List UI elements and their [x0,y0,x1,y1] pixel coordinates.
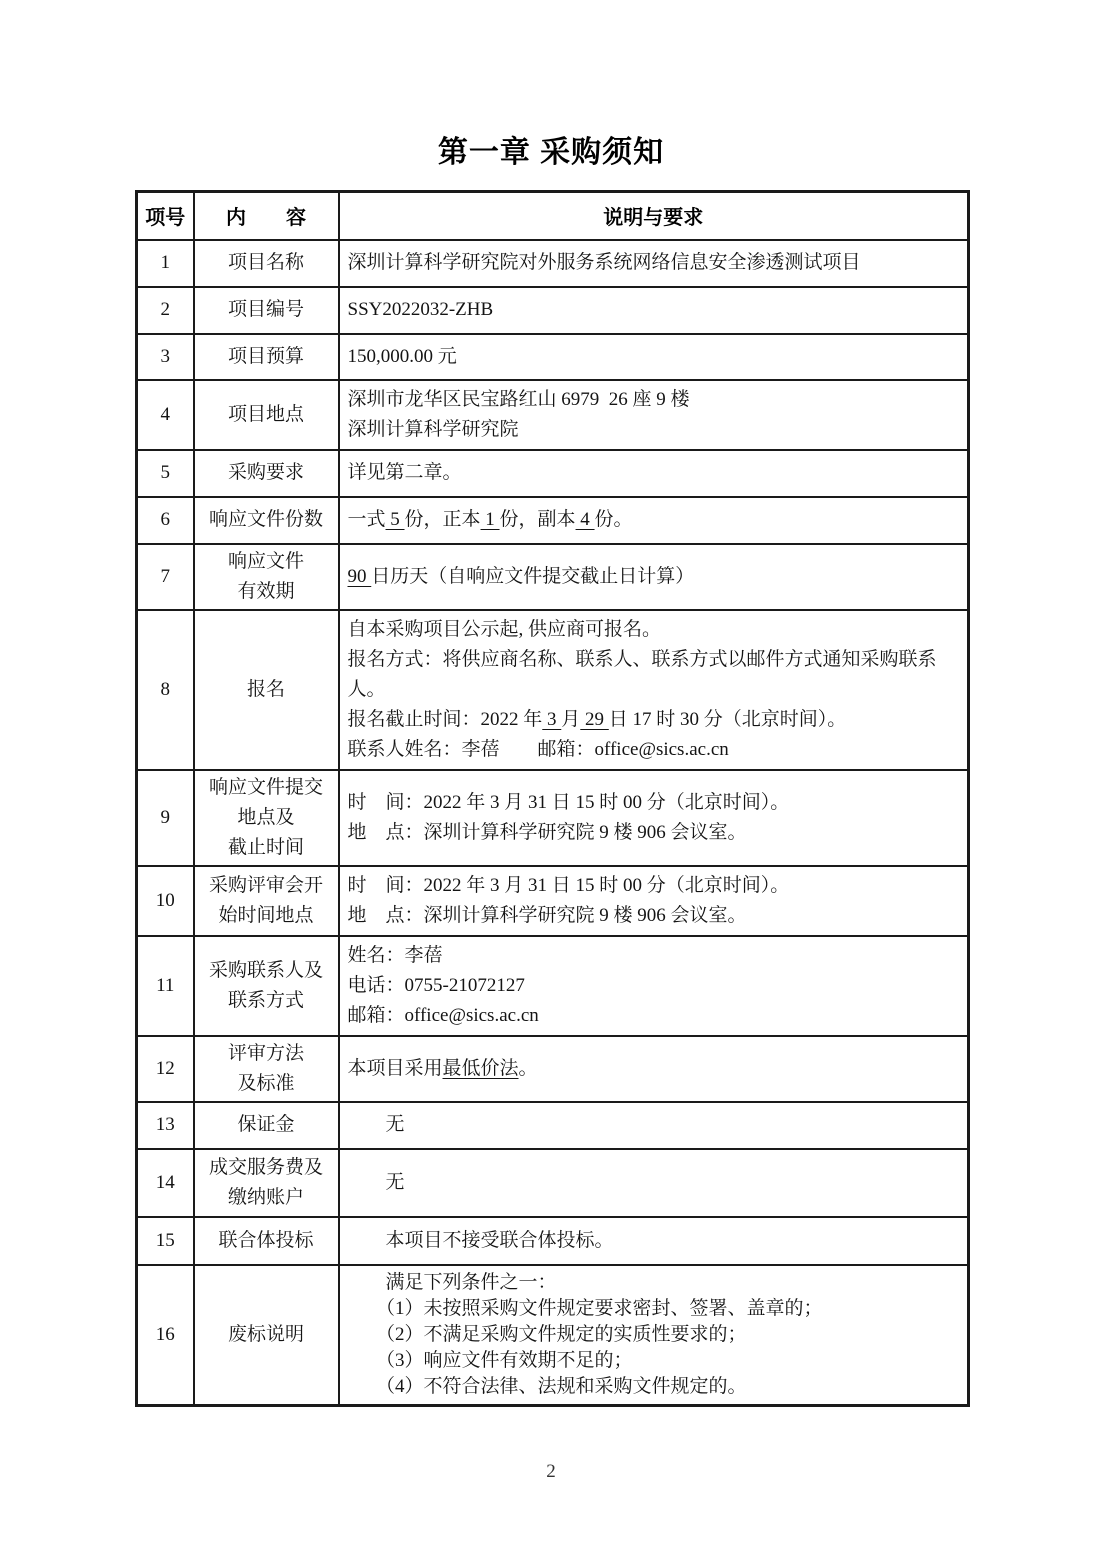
table-row: 1项目名称深圳计算科学研究院对外服务系统网络信息安全渗透测试项目 [137,240,969,287]
text-segment: 本项目采用 [348,1058,443,1079]
label-line: 缴纳账户 [199,1183,334,1213]
underlined-text: 1 [481,509,500,530]
row-number-cell: 3 [137,334,194,380]
text-segment: 无 [348,1172,405,1193]
content-paragraph: （4）不符合法律、法规和采购文件规定的。 [348,1374,960,1400]
underlined-text: 4 [576,509,595,530]
text-segment: SSY2022032-ZHB [348,299,494,320]
table-row: 11采购联系人及联系方式姓名：李蓓电话：0755-21072127邮箱：offi… [137,936,969,1036]
row-number-cell: 8 [137,610,194,770]
row-number-cell: 7 [137,544,194,610]
row-number-cell: 9 [137,770,194,866]
row-label-cell: 项目编号 [194,287,339,334]
content-paragraph: 报名截止时间：2022 年 3 月 29 日 17 时 30 分（北京时间）。 [348,705,960,735]
content-paragraph: 无 [348,1110,960,1140]
row-content-cell: 一式 5 份，正本 1 份，副本 4 份。 [339,497,969,544]
table-row: 16废标说明 满足下列条件之一： （1）未按照采购文件规定要求密封、签署、盖章的… [137,1265,969,1406]
label-line: 及标准 [199,1069,334,1099]
label-line: 始时间地点 [199,901,334,931]
row-label-cell: 项目预算 [194,334,339,380]
label-line: 截止时间 [199,833,334,863]
label-line: 有效期 [199,577,334,607]
header-cell: 内 容 [194,192,339,240]
row-number-cell: 5 [137,450,194,497]
table-row: 7响应文件有效期90 日历天（自响应文件提交截止日计算） [137,544,969,610]
content-paragraph: 电话：0755-21072127 [348,971,960,1001]
label-line: 评审方法 [199,1039,334,1069]
text-segment: 电话：0755-21072127 [348,975,525,996]
label-line: 采购评审会开 [199,871,334,901]
row-content-cell: 深圳市龙华区民宝路红山 6979 26 座 9 楼深圳计算科学研究院 [339,380,969,450]
content-paragraph: 邮箱：office@sics.ac.cn [348,1001,960,1031]
label-line: 联合体投标 [199,1226,334,1256]
row-label-cell: 成交服务费及缴纳账户 [194,1149,339,1217]
content-paragraph: 时 间：2022 年 3 月 31 日 15 时 00 分（北京时间）。 [348,871,960,901]
row-content-cell: 时 间：2022 年 3 月 31 日 15 时 00 分（北京时间）。地 点：… [339,770,969,866]
text-segment: 详见第二章。 [348,462,462,483]
table-row: 12评审方法及标准本项目采用最低价法。 [137,1036,969,1102]
table-body: 1项目名称深圳计算科学研究院对外服务系统网络信息安全渗透测试项目2项目编号SSY… [137,240,969,1406]
row-content-cell: 自本采购项目公示起, 供应商可报名。报名方式：将供应商名称、联系人、联系方式以邮… [339,610,969,770]
text-segment: （4）不符合法律、法规和采购文件规定的。 [348,1376,747,1397]
text-segment: 自本采购项目公示起, 供应商可报名。 [348,619,662,640]
row-label-cell: 采购联系人及联系方式 [194,936,339,1036]
text-segment: 地 点：深圳计算科学研究院 9 楼 906 会议室。 [348,905,747,926]
label-line: 联系方式 [199,986,334,1016]
text-segment: 邮箱：office@sics.ac.cn [348,1005,539,1026]
row-label-cell: 采购评审会开始时间地点 [194,866,339,936]
content-paragraph: 本项目采用最低价法。 [348,1054,960,1084]
table-row: 2项目编号SSY2022032-ZHB [137,287,969,334]
header-cell: 说明与要求 [339,192,969,240]
row-content-cell: 满足下列条件之一： （1）未按照采购文件规定要求密封、签署、盖章的； （2）不满… [339,1265,969,1406]
text-segment: 无 [348,1114,405,1135]
content-paragraph: SSY2022032-ZHB [348,295,960,325]
label-line: 采购联系人及 [199,956,334,986]
label-line: 废标说明 [199,1320,334,1350]
row-number-cell: 11 [137,936,194,1036]
row-number-cell: 2 [137,287,194,334]
label-line: 响应文件提交 [199,773,334,803]
row-number-cell: 10 [137,866,194,936]
table-row: 5采购要求详见第二章。 [137,450,969,497]
label-line: 采购要求 [199,458,334,488]
row-label-cell: 联合体投标 [194,1217,339,1265]
content-paragraph: 姓名：李蓓 [348,941,960,971]
text-segment: 日历天（自响应文件提交截止日计算） [371,566,694,587]
content-paragraph: 时 间：2022 年 3 月 31 日 15 时 00 分（北京时间）。 [348,788,960,818]
row-content-cell: 无 [339,1102,969,1149]
row-number-cell: 14 [137,1149,194,1217]
text-segment: 150,000.00 元 [348,346,457,367]
header-row: 项号内 容说明与要求 [137,192,969,240]
row-label-cell: 评审方法及标准 [194,1036,339,1102]
text-segment: 报名截止时间：2022 年 [348,709,543,730]
row-label-cell: 项目名称 [194,240,339,287]
content-paragraph: （2）不满足采购文件规定的实质性要求的； [348,1322,960,1348]
table-row: 9响应文件提交地点及截止时间时 间：2022 年 3 月 31 日 15 时 0… [137,770,969,866]
content-paragraph: 详见第二章。 [348,458,960,488]
text-segment: 深圳市龙华区民宝路红山 6979 26 座 9 楼 [348,389,690,410]
row-label-cell: 采购要求 [194,450,339,497]
content-paragraph: 自本采购项目公示起, 供应商可报名。 [348,615,960,645]
row-label-cell: 项目地点 [194,380,339,450]
text-segment: 份，副本 [500,509,576,530]
label-line: 项目名称 [199,248,334,278]
row-number-cell: 13 [137,1102,194,1149]
row-content-cell: 90 日历天（自响应文件提交截止日计算） [339,544,969,610]
text-segment: 地 点：深圳计算科学研究院 9 楼 906 会议室。 [348,822,747,843]
row-label-cell: 保证金 [194,1102,339,1149]
content-paragraph: 本项目不接受联合体投标。 [348,1226,960,1256]
header-cell: 项号 [137,192,194,240]
content-paragraph: 深圳计算科学研究院对外服务系统网络信息安全渗透测试项目 [348,248,960,278]
label-line: 地点及 [199,803,334,833]
row-content-cell: 本项目采用最低价法。 [339,1036,969,1102]
text-segment: 深圳计算科学研究院对外服务系统网络信息安全渗透测试项目 [348,252,861,273]
text-segment: （3）响应文件有效期不足的； [348,1350,633,1371]
content-paragraph: 深圳计算科学研究院 [348,415,960,445]
content-paragraph: （1）未按照采购文件规定要求密封、签署、盖章的； [348,1296,960,1322]
content-paragraph: 深圳市龙华区民宝路红山 6979 26 座 9 楼 [348,385,960,415]
label-line: 项目编号 [199,295,334,325]
label-line: 报名 [199,675,334,705]
content-paragraph: （3）响应文件有效期不足的； [348,1348,960,1374]
row-content-cell: SSY2022032-ZHB [339,287,969,334]
content-paragraph: 90 日历天（自响应文件提交截止日计算） [348,562,960,592]
page-title: 第一章 采购须知 [0,0,1102,169]
label-line: 项目预算 [199,342,334,372]
text-segment: 日 17 时 30 分（北京时间）。 [609,709,847,730]
table-row: 8报名自本采购项目公示起, 供应商可报名。报名方式：将供应商名称、联系人、联系方… [137,610,969,770]
table-row: 10采购评审会开始时间地点时 间：2022 年 3 月 31 日 15 时 00… [137,866,969,936]
row-content-cell: 时 间：2022 年 3 月 31 日 15 时 00 分（北京时间）。地 点：… [339,866,969,936]
underlined-text: 3 [542,709,561,730]
text-segment: 本项目不接受联合体投标。 [348,1230,614,1251]
underlined-text: 90 [348,566,372,587]
row-label-cell: 报名 [194,610,339,770]
content-paragraph: 地 点：深圳计算科学研究院 9 楼 906 会议室。 [348,901,960,931]
row-content-cell: 无 [339,1149,969,1217]
label-line: 响应文件 [199,547,334,577]
row-label-cell: 响应文件份数 [194,497,339,544]
text-segment: 一式 [348,509,386,530]
label-line: 保证金 [199,1110,334,1140]
text-segment: 份。 [595,509,633,530]
label-line: 成交服务费及 [199,1153,334,1183]
content-paragraph: 联系人姓名：李蓓 邮箱：office@sics.ac.cn [348,735,960,765]
procurement-notice-table: 项号内 容说明与要求 1项目名称深圳计算科学研究院对外服务系统网络信息安全渗透测… [135,190,970,1407]
row-number-cell: 1 [137,240,194,287]
text-segment: 联系人姓名：李蓓 邮箱：office@sics.ac.cn [348,739,729,760]
row-label-cell: 响应文件有效期 [194,544,339,610]
row-number-cell: 4 [137,380,194,450]
row-label-cell: 废标说明 [194,1265,339,1406]
table-row: 6响应文件份数一式 5 份，正本 1 份，副本 4 份。 [137,497,969,544]
underlined-text: 最低价法 [443,1058,519,1079]
text-segment: 时 间：2022 年 3 月 31 日 15 时 00 分（北京时间）。 [348,875,790,896]
table-row: 13保证金 无 [137,1102,969,1149]
row-content-cell: 姓名：李蓓电话：0755-21072127邮箱：office@sics.ac.c… [339,936,969,1036]
table-row: 14成交服务费及缴纳账户 无 [137,1149,969,1217]
row-label-cell: 响应文件提交地点及截止时间 [194,770,339,866]
text-segment: 份，正本 [405,509,481,530]
text-segment: 时 间：2022 年 3 月 31 日 15 时 00 分（北京时间）。 [348,792,790,813]
row-number-cell: 15 [137,1217,194,1265]
content-paragraph: 地 点：深圳计算科学研究院 9 楼 906 会议室。 [348,818,960,848]
text-segment: 深圳计算科学研究院 [348,419,519,440]
document-page: 第一章 采购须知 项号内 容说明与要求 1项目名称深圳计算科学研究院对外服务系统… [0,0,1102,1559]
underlined-text: 5 [386,509,405,530]
content-paragraph: 一式 5 份，正本 1 份，副本 4 份。 [348,505,960,535]
page-number: 2 [0,1461,1102,1483]
content-paragraph: 报名方式：将供应商名称、联系人、联系方式以邮件方式通知采购联系人。 [348,645,960,705]
row-content-cell: 150,000.00 元 [339,334,969,380]
table-row: 15联合体投标 本项目不接受联合体投标。 [137,1217,969,1265]
row-number-cell: 12 [137,1036,194,1102]
row-number-cell: 16 [137,1265,194,1406]
text-segment: （1）未按照采购文件规定要求密封、签署、盖章的； [348,1298,823,1319]
row-content-cell: 详见第二章。 [339,450,969,497]
table-row: 4项目地点深圳市龙华区民宝路红山 6979 26 座 9 楼深圳计算科学研究院 [137,380,969,450]
text-segment: 报名方式：将供应商名称、联系人、联系方式以邮件方式通知采购联系人。 [348,649,937,700]
text-segment: 。 [519,1058,538,1079]
row-content-cell: 本项目不接受联合体投标。 [339,1217,969,1265]
row-number-cell: 6 [137,497,194,544]
content-paragraph: 无 [348,1168,960,1198]
label-line: 项目地点 [199,400,334,430]
text-segment: 满足下列条件之一： [348,1272,557,1293]
content-paragraph: 150,000.00 元 [348,342,960,372]
content-paragraph: 满足下列条件之一： [348,1270,960,1296]
row-content-cell: 深圳计算科学研究院对外服务系统网络信息安全渗透测试项目 [339,240,969,287]
text-segment: 姓名：李蓓 [348,945,443,966]
text-segment: （2）不满足采购文件规定的实质性要求的； [348,1324,747,1345]
label-line: 响应文件份数 [199,505,334,535]
text-segment: 月 [561,709,580,730]
table-row: 3项目预算150,000.00 元 [137,334,969,380]
underlined-text: 29 [580,709,609,730]
